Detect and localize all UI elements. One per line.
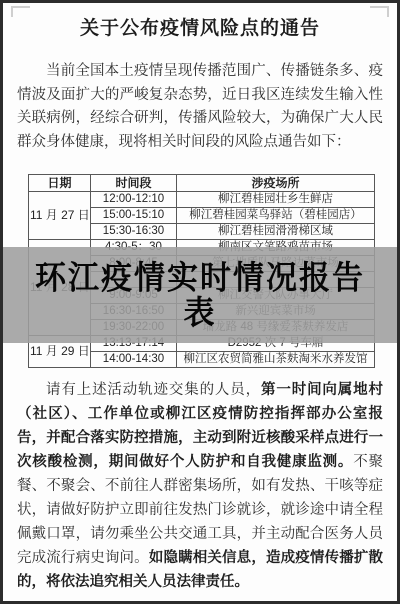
table-header-time: 时间段 bbox=[91, 175, 177, 192]
document-title: 关于公布疫情风险点的通告 bbox=[13, 13, 387, 40]
table-header-date: 日期 bbox=[29, 175, 91, 192]
table-header-row: 日期 时间段 涉疫场所 bbox=[29, 175, 375, 192]
table-header-place: 涉疫场所 bbox=[177, 175, 375, 192]
time-cell: 15:00-15:10 bbox=[91, 208, 177, 224]
watermark-title-line1: 环江疫情实时情况报告 bbox=[35, 259, 365, 296]
table-row: 11 月 27 日12:00-12:10柳江碧桂园壮乡生鲜店 bbox=[29, 192, 375, 208]
watermark-overlay: 环江疫情实时情况报告 表 bbox=[3, 247, 397, 343]
place-cell: 柳江区农贸简雅山茶麸淘米水养发馆 bbox=[177, 352, 375, 368]
watermark-title-line2: 表 bbox=[184, 294, 217, 331]
crop-corner-icon bbox=[370, 6, 389, 17]
notice-paragraph: 请有上述活动轨迹交集的人员，第一时间向属地村（社区）、工作单位或柳江区疫情防控指… bbox=[17, 378, 383, 594]
time-cell: 15:30-16:30 bbox=[91, 224, 177, 240]
intro-paragraph: 当前全国本土疫情呈现传播范围广、传播链条多、疫情波及面扩大的严峻复杂态势，近日我… bbox=[17, 60, 383, 154]
notice-text: 请有上述活动轨迹交集的人员， bbox=[46, 382, 261, 398]
crop-corner-icon bbox=[11, 6, 30, 17]
place-cell: 柳江碧桂园滑滑梯区域 bbox=[177, 224, 375, 240]
time-cell: 14:00-14:30 bbox=[91, 352, 177, 368]
notice-document: 关于公布疫情风险点的通告 当前全国本土疫情呈现传播范围广、传播链条多、疫情波及面… bbox=[0, 0, 400, 604]
place-cell: 柳江碧桂园菜鸟驿站（碧桂园店） bbox=[177, 208, 375, 224]
time-cell: 12:00-12:10 bbox=[91, 192, 177, 208]
place-cell: 柳江碧桂园壮乡生鲜店 bbox=[177, 192, 375, 208]
date-cell: 11 月 27 日 bbox=[29, 192, 91, 240]
